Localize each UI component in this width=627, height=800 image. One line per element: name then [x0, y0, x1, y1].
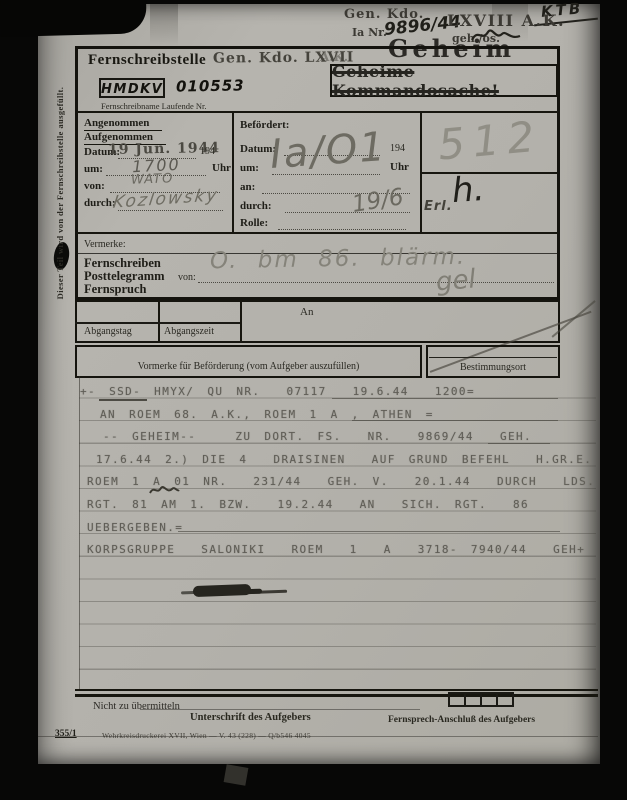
label-uhr-2: Uhr	[390, 161, 409, 173]
divider	[232, 113, 234, 232]
divider	[75, 694, 598, 697]
hw-fs-name: HMDKV	[101, 82, 163, 97]
label-fernspruch: Fernspruch	[84, 282, 147, 297]
fs-name-label: Fernschreibname Laufende Nr.	[101, 101, 207, 111]
hw-erledigt: Erl.	[424, 199, 453, 214]
label-durch: durch:	[84, 197, 116, 209]
message-line: UEBERGEBEN.=	[87, 521, 183, 534]
scan-streak	[150, 4, 178, 46]
hw-von-value: WATO	[131, 171, 174, 187]
hw-vermerk-note: O. bm 86. blärm.	[210, 244, 467, 274]
hw-vermerk-note-2: gel	[435, 264, 477, 297]
label-unterschrift: Unterschrift des Aufgebers	[190, 712, 311, 723]
ssd-underline	[99, 399, 147, 401]
field-line	[278, 229, 406, 230]
kommandosache-text: Geheime Kommandosache!	[332, 62, 556, 100]
label-um: um:	[84, 163, 103, 175]
divider	[79, 376, 80, 690]
margin-instruction: Dieser Teil wird von der Fernschreibstel…	[50, 42, 70, 342]
fs-name-box: HMDKV	[99, 78, 165, 98]
margin-instruction-text: Dieser Teil wird von der Fernschreibstel…	[55, 43, 65, 343]
field-line	[285, 212, 410, 213]
hw-serial: 010553	[176, 76, 245, 95]
divider	[77, 232, 558, 234]
page-edge-mark	[224, 764, 249, 786]
ruled-line	[332, 398, 558, 399]
label-abgangstag: Abgangstag	[84, 326, 132, 337]
label-von-2: von:	[178, 272, 196, 283]
print-year-2: 194	[390, 143, 405, 154]
print-year: 194	[200, 146, 215, 157]
form-number: 355/1	[55, 729, 77, 739]
divider	[429, 357, 557, 358]
label-um-2: um:	[240, 162, 259, 174]
message-line: 17.6.44 2.) DIE 4 DRAISINEN AUF GRUND BE…	[96, 453, 592, 466]
label-bestimmungsort: Bestimmungsort	[426, 362, 560, 373]
message-line: RGT. 81 AM 1. BZW. 19.2.44 AN SICH. RGT.…	[87, 498, 529, 511]
divider	[75, 322, 240, 324]
label-nicht-uebermitteln: Nicht zu übermitteln	[93, 701, 180, 712]
message-line: +- SSD- HMYX/ QU NR. 07117 19.6.44 1200=	[80, 385, 475, 398]
label-vermerke: Vermerke:	[84, 239, 126, 250]
label-von: von:	[84, 180, 105, 192]
hw-number-512: 512	[436, 112, 544, 170]
divider	[77, 111, 558, 113]
hw-initial: h.	[451, 169, 486, 211]
divider	[240, 300, 242, 343]
label-vormerke-befoerderung: Vormerke für Beförderung (vom Aufgeber a…	[75, 361, 422, 372]
form-title: Fernschreibstelle	[88, 52, 206, 69]
label-abgangszeit: Abgangszeit	[164, 326, 214, 337]
label-fernsprech: Fernsprech-Anschluß des Aufgebers	[388, 715, 535, 725]
ink-smudge	[193, 584, 251, 597]
hw-office-scrawl: Ia/O1	[269, 124, 389, 178]
label-befoerdert: Befördert:	[240, 119, 289, 131]
scratch-line	[38, 736, 598, 737]
label-an: an:	[240, 181, 255, 193]
number-box	[496, 692, 514, 707]
field-line	[198, 282, 554, 283]
message-line: -- GEHEIM-- ZU DORT. FS. NR. 9869/44 GEH…	[103, 430, 532, 443]
label-an-box: An	[300, 306, 313, 318]
label-rolle: Rolle:	[240, 217, 268, 229]
ruled-line	[488, 443, 550, 444]
divider	[75, 689, 598, 691]
divider	[140, 709, 420, 710]
kommandosache-box: Geheime Kommandosache!	[330, 64, 558, 97]
document-scan: Dieser Teil wird von der Fernschreibstel…	[0, 0, 627, 800]
message-line: KORPSGRUPPE SALONIKI ROEM 1 A 3718- 7940…	[87, 543, 585, 556]
label-durch-2: durch:	[240, 200, 272, 212]
label-uhr: Uhr	[212, 162, 231, 174]
scan-corner-shadow	[0, 0, 147, 37]
ruled-line	[178, 531, 560, 532]
scribble-icon	[148, 483, 180, 497]
divider	[422, 172, 558, 174]
ruled-line	[352, 420, 558, 421]
label-angenommen: Angenommen	[84, 117, 149, 129]
stamp-ia-nr-label: Ia Nr.	[352, 26, 387, 39]
phone-number-boxes	[448, 692, 512, 712]
